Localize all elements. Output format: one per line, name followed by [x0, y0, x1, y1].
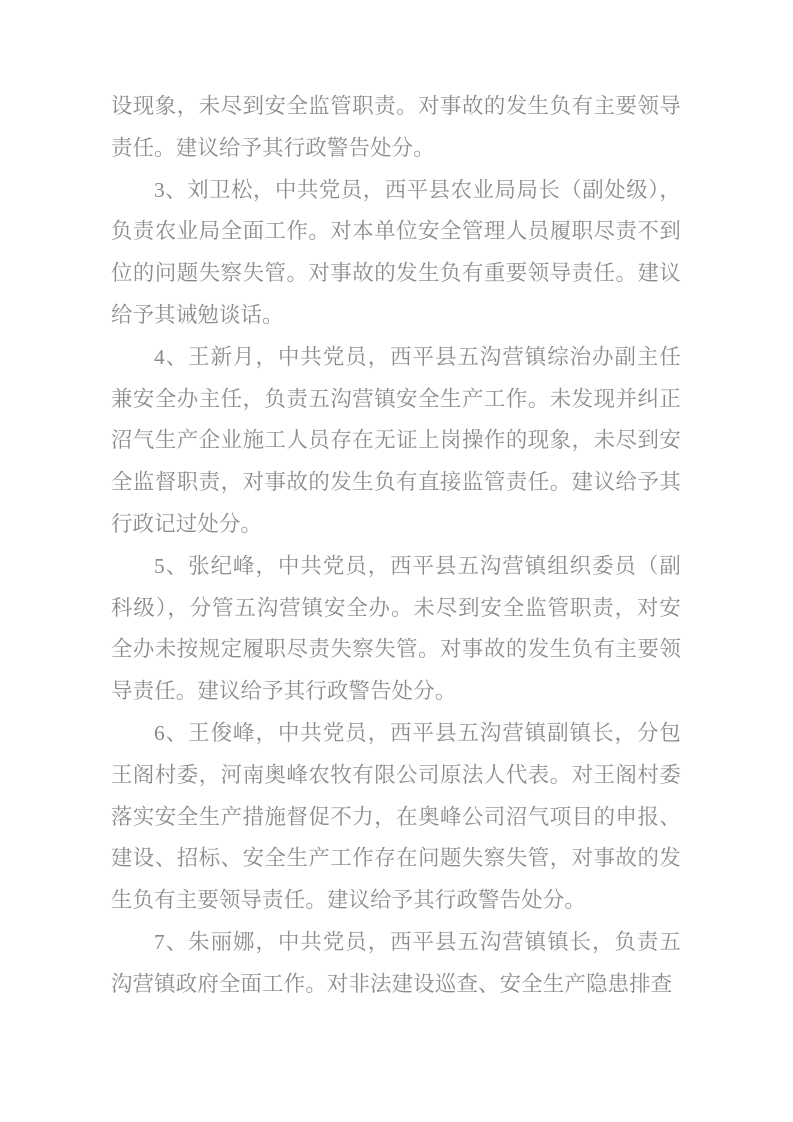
- document-page: 设现象，未尽到安全监管职责。对事故的发生负有主要领导责任。建议给予其行政警告处分…: [0, 0, 793, 1122]
- paragraph-continued: 设现象，未尽到安全监管职责。对事故的发生负有主要领导责任。建议给予其行政警告处分…: [111, 86, 681, 170]
- document-body: 设现象，未尽到安全监管职责。对事故的发生负有主要领导责任。建议给予其行政警告处分…: [111, 86, 681, 1006]
- paragraph-item-5: 5、张纪峰，中共党员，西平县五沟营镇组织委员（副科级），分管五沟营镇安全办。未尽…: [111, 546, 681, 713]
- paragraph-item-7: 7、朱丽娜，中共党员，西平县五沟营镇镇长，负责五沟营镇政府全面工作。对非法建设巡…: [111, 922, 681, 1006]
- paragraph-item-3: 3、刘卫松，中共党员，西平县农业局局长（副处级），负责农业局全面工作。对本单位安…: [111, 170, 681, 337]
- paragraph-item-6: 6、王俊峰，中共党员，西平县五沟营镇副镇长，分包王阁村委，河南奥峰农牧有限公司原…: [111, 713, 681, 922]
- paragraph-item-4: 4、王新月，中共党员，西平县五沟营镇综治办副主任兼安全办主任，负责五沟营镇安全生…: [111, 337, 681, 546]
